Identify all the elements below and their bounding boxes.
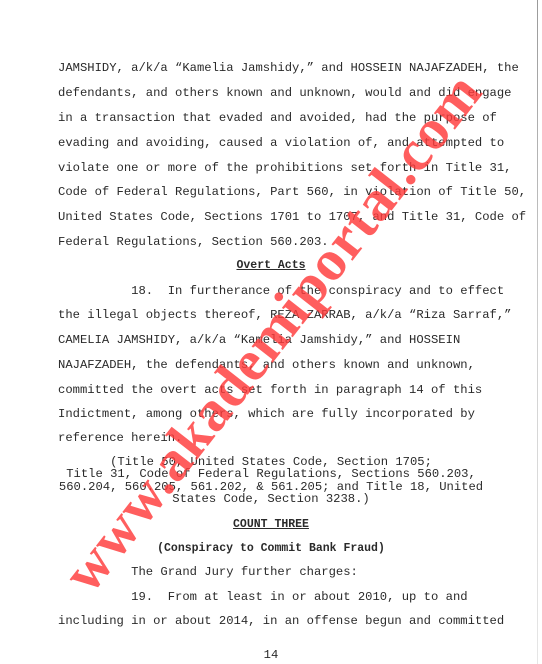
text-line: evading and avoiding, caused a violation… [58, 136, 504, 150]
text-line: CAMELIA JAMSHIDY, a/k/a “Kamelia Jamshid… [58, 333, 460, 347]
text-line: 19. From at least in or about 2010, up t… [58, 590, 468, 604]
text-line: United States Code, Sections 1701 to 170… [58, 210, 526, 224]
text-line: committed the overt acts set forth in pa… [58, 383, 482, 397]
text-line: JAMSHIDY, a/k/a “Kamelia Jamshidy,” and … [58, 61, 519, 75]
page-edge-line [537, 0, 538, 664]
count-three-subheading: (Conspiracy to Commit Bank Fraud) [0, 542, 542, 555]
text-line: including in or about 2014, in an offens… [58, 614, 504, 628]
text-line: the illegal objects thereof, REZA ZARRAB… [58, 308, 511, 322]
text-line: The Grand Jury further charges: [58, 565, 358, 579]
text-line: Code of Federal Regulations, Part 560, i… [58, 185, 526, 199]
text-line: violate one or more of the prohibitions … [58, 161, 511, 175]
text-line: reference herein. [58, 431, 182, 445]
citation-line: States Code, Section 3238.) [0, 493, 542, 506]
document-page: JAMSHIDY, a/k/a “Kamelia Jamshidy,” and … [0, 0, 542, 664]
text-line: 18. In furtherance of the conspiracy and… [58, 284, 504, 298]
page-number: 14 [0, 649, 542, 662]
text-line: Indictment, among others, which are full… [58, 407, 475, 421]
text-line: NAJAFZADEH, the defendants, and others k… [58, 358, 475, 372]
count-three-heading: COUNT THREE [0, 518, 542, 531]
overt-acts-heading: Overt Acts [0, 259, 542, 272]
text-line: defendants, and others known and unknown… [58, 86, 511, 100]
text-line: Federal Regulations, Section 560.203. [58, 235, 329, 249]
text-line: in a transaction that evaded and avoided… [58, 111, 497, 125]
